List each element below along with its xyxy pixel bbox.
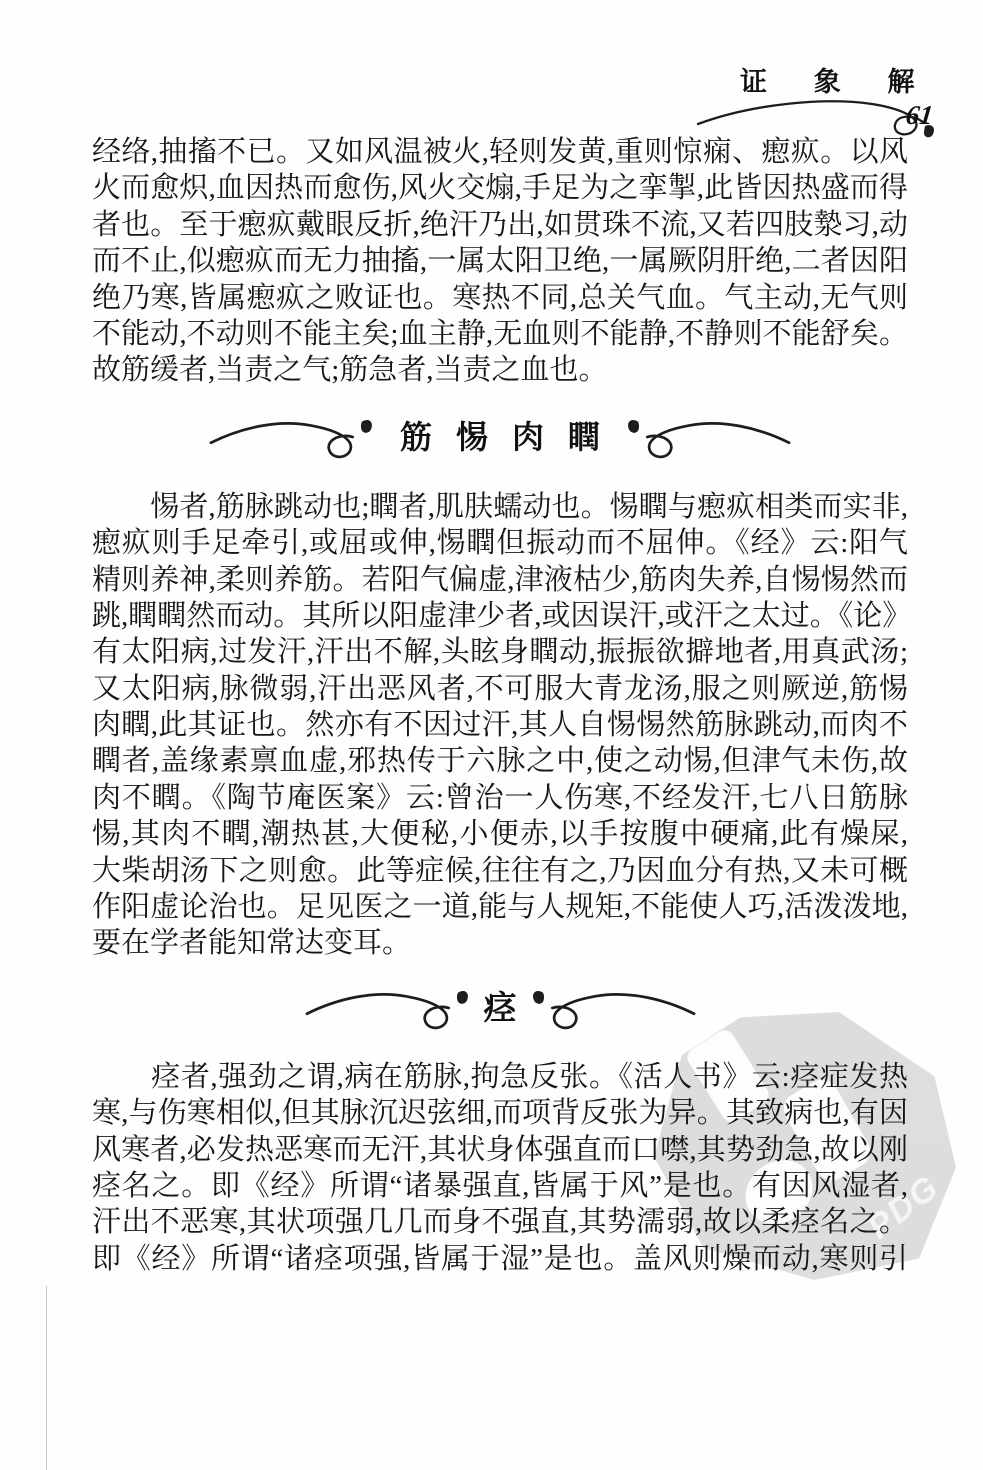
paragraph-2: 惕者,筋脉跳动也;瞤者,肌肤蠕动也。惕瞤与瘛疭相类而实非,瘛疭则手足牵引,或屈或…: [92, 489, 908, 962]
text-line: 要在学者能知常达变耳。: [92, 925, 908, 961]
text-line: 肉瞤,此其证也。然亦有不因过汗,其人自惕惕然筋脉跳动,而肉不: [92, 707, 908, 743]
text-line: 惕,其肉不瞤,潮热甚,大便秘,小便赤,以手按腹中硬痛,此有燥屎,: [92, 816, 908, 852]
text-line: 经络,抽搐不已。又如风温被火,轻则发黄,重则惊痫、瘛疭。以风因: [92, 134, 908, 170]
text-line: 作阳虚论治也。足见医之一道,能与人规矩,不能使人巧,活泼泼地,: [92, 889, 908, 925]
page-number: 61: [904, 100, 934, 131]
text-line: 精则养神,柔则养筋。若阳气偏虚,津液枯少,筋肉失养,自惕惕然而: [92, 562, 908, 598]
flourish-right-icon: [531, 980, 696, 1032]
text-line: 不能动,不动则不能主矣;血主静,无血则不能静,不静则不能舒矣。: [92, 316, 908, 352]
text-line: 风寒者,必发热恶寒而无汗,其状身体强直而口噤,其势劲急,故以刚: [92, 1132, 908, 1168]
section-heading-jinti-rourun: 筋惕肉瞤: [92, 405, 908, 465]
text-line: 而不止,似瘛疭而无力抽搐,一属太阳卫绝,一属厥阴肝绝,二者因阳: [92, 243, 908, 279]
heading-text: 痉: [484, 982, 517, 1029]
text-line: 有太阳病,过发汗,汗出不解,头眩身瞤动,振振欲擗地者,用真武汤;: [92, 634, 908, 670]
text-line: 大柴胡汤下之则愈。此等症候,往往有之,乃因血分有热,又未可概: [92, 853, 908, 889]
text-line: 瞤者,盖缘素禀血虚,邪热传于六脉之中,使之动惕,但津气未伤,故: [92, 743, 908, 779]
heading-text: 筋惕肉瞤: [376, 412, 624, 458]
flourish-left-icon: [305, 980, 470, 1032]
text-line: 绝乃寒,皆属瘛疭之败证也。寒热不同,总关气血。气主动,无气则: [92, 280, 908, 316]
scan-artifact-line: [46, 1286, 47, 1470]
text-line: 故筋缓者,当责之气;筋急者,当责之血也。: [92, 352, 908, 388]
text-line: 火而愈炽,血因热而愈伤,风火交煽,手足为之挛掣,此皆因热盛而得: [92, 170, 908, 206]
flourish-right-icon: [626, 409, 791, 461]
text-line: 瘛疭则手足牵引,或屈或伸,惕瞤但振动而不屈伸。《经》云:阳气者,: [92, 525, 908, 561]
text-line: 肉不瞤。《陶节庵医案》云:曾治一人伤寒,不经发汗,七八日筋脉动: [92, 780, 908, 816]
text-line: 痉者,强劲之谓,病在筋脉,拘急反张。《活人书》云:痉症发热恶: [92, 1059, 908, 1095]
text-line: 寒,与伤寒相似,但其脉沉迟弦细,而项背反张为异。其致病也,有因: [92, 1095, 908, 1131]
text-line: 跳,瞤瞤然而动。其所以阳虚津少者,或因误汗,或汗之太过。《论》: [92, 598, 908, 634]
book-page: 证 象 解 61 PDG 经络,抽搐不已。又如风温被火,轻则发黄,重则惊痫、瘛疭…: [0, 0, 983, 1470]
page-content: 经络,抽搐不已。又如风温被火,轻则发黄,重则惊痫、瘛疭。以风因火而愈炽,血因热而…: [92, 134, 908, 1277]
text-line: 者也。至于瘛疭戴眼反折,绝汗乃出,如贯珠不流,又若四肢漐习,动: [92, 207, 908, 243]
paragraph-3: 痉者,强劲之谓,病在筋脉,拘急反张。《活人书》云:痉症发热恶寒,与伤寒相似,但其…: [92, 1059, 908, 1277]
text-line: 惕者,筋脉跳动也;瞤者,肌肤蠕动也。惕瞤与瘛疭相类而实非,: [92, 489, 908, 525]
text-line: 又太阳病,脉微弱,汗出恶风者,不可服大青龙汤,服之则厥逆,筋惕: [92, 671, 908, 707]
text-line: 痉名之。即《经》所谓“诸暴强直,皆属于风”是也。有因风湿者,发热: [92, 1168, 908, 1204]
paragraph-1: 经络,抽搐不已。又如风温被火,轻则发黄,重则惊痫、瘛疭。以风因火而愈炽,血因热而…: [92, 134, 908, 389]
section-heading-jing: 痉: [92, 976, 908, 1036]
text-line: 汗出不恶寒,其状项强几几而身不强直,其势濡弱,故以柔痉名之。: [92, 1204, 908, 1240]
text-line: 即《经》所谓“诸痉项强,皆属于湿”是也。盖风则燥而动,寒则引而: [92, 1241, 908, 1277]
flourish-left-icon: [209, 409, 374, 461]
